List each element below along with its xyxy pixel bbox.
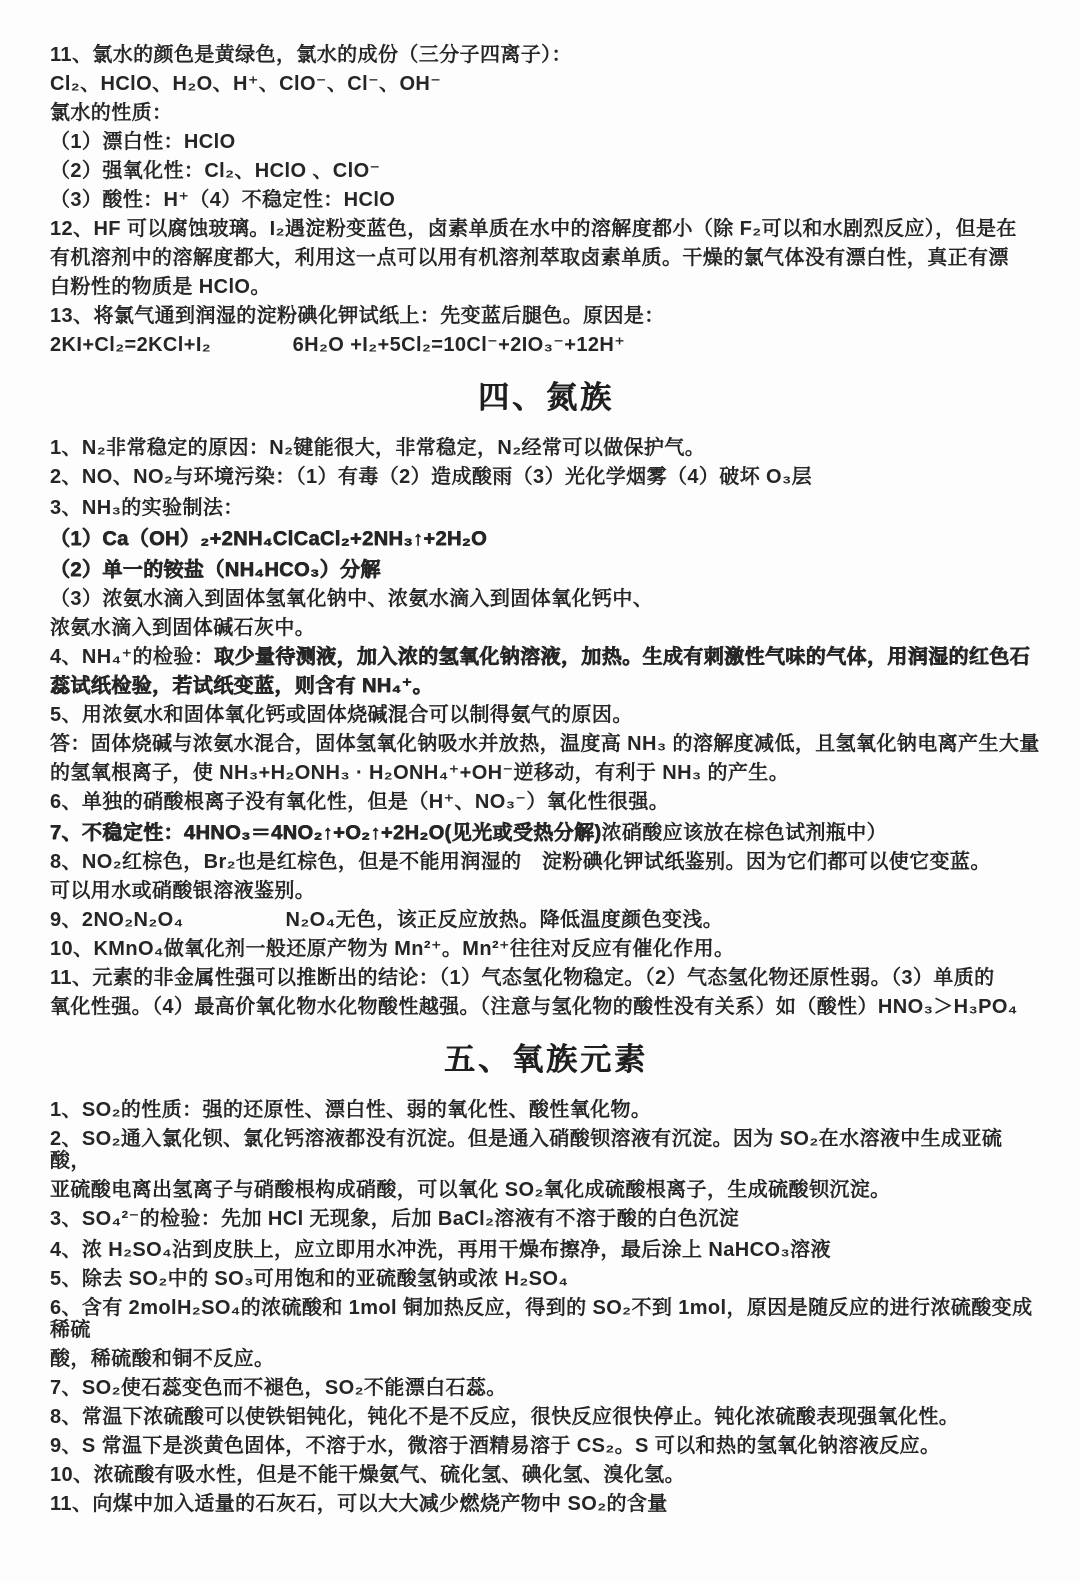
body-text: 2KI+Cl₂=2KCl+I₂ 6H₂O +I₂+5Cl₂=10Cl⁻+2IO₃…	[50, 334, 625, 356]
text-line: （3）浓氨水滴入到固体氢氧化钠中、浓氨水滴入到固体氧化钙中、	[50, 588, 1042, 610]
emphasized-text: 取少量待测液，加入浓的氢氧化钠溶液，加热。生成有刺激性气味的气体，用润湿的红色石	[214, 646, 1030, 668]
text-line: 白粉性的物质是 HClO。	[50, 276, 1042, 298]
text-line: 4、NH₄⁺的检验：取少量待测液，加入浓的氢氧化钠溶液，加热。生成有刺激性气味的…	[50, 646, 1042, 668]
body-text: 可以用水或硝酸银溶液鉴别。	[50, 880, 315, 902]
text-line: 氯水的性质：	[50, 102, 1042, 124]
body-text: 2、NO、NO₂与环境污染：（1）有毒（2）造成酸雨（3）光化学烟雾（4）破坏 …	[50, 466, 812, 488]
text-line: 亚硫酸电离出氢离子与硝酸根构成硝酸，可以氧化 SO₂氧化成硫酸根离子，生成硫酸钡…	[50, 1179, 1042, 1201]
body-text: 9、2NO₂N₂O₄ N₂O₄无色，该正反应放热。降低温度颜色变浅。	[50, 909, 723, 931]
body-text: 11、向煤中加入适量的石灰石，可以大大减少燃烧产物中 SO₂的含量	[50, 1493, 668, 1515]
text-line: 3、SO₄²⁻的检验：先加 HCl 无现象，后加 BaCl₂溶液有不溶于酸的白色…	[50, 1208, 1042, 1230]
text-line: 答：固体烧碱与浓氨水混合，固体氢氧化钠吸水并放热，温度高 NH₃ 的溶解度减低，…	[50, 733, 1042, 755]
text-line: （2）强氧化性：Cl₂、HClO 、ClO⁻	[50, 160, 1042, 182]
text-line: 7、SO₂使石蕊变色而不褪色，SO₂不能漂白石蕊。	[50, 1377, 1042, 1399]
text-line: 5、除去 SO₂中的 SO₃可用饱和的亚硫酸氢钠或浓 H₂SO₄	[50, 1268, 1042, 1290]
body-text: 5、用浓氨水和固体氧化钙或固体烧碱混合可以制得氨气的原因。	[50, 704, 633, 726]
body-text: 1、SO₂的性质：强的还原性、漂白性、弱的氧化性、酸性氧化物。	[50, 1099, 651, 1121]
body-text: 6、含有 2molH₂SO₄的浓硫酸和 1mol 铜加热反应，得到的 SO₂不到…	[50, 1297, 1033, 1341]
body-text: （2）强氧化性：Cl₂、HClO 、ClO⁻	[50, 160, 380, 182]
body-text: 亚硫酸电离出氢离子与硝酸根构成硝酸，可以氧化 SO₂氧化成硫酸根离子，生成硫酸钡…	[50, 1179, 891, 1201]
body-text: 9、S 常温下是淡黄色固体，不溶于水，微溶于酒精易溶于 CS₂。S 可以和热的氢…	[50, 1435, 940, 1457]
text-line: 可以用水或硝酸银溶液鉴别。	[50, 880, 1042, 902]
text-line: 2、NO、NO₂与环境污染：（1）有毒（2）造成酸雨（3）光化学烟雾（4）破坏 …	[50, 466, 1042, 488]
body-text: 浓氨水滴入到固体碱石灰中。	[50, 617, 315, 639]
text-line: （3）酸性：H⁺（4）不稳定性：HClO	[50, 189, 1042, 211]
body-text: （3）酸性：H⁺（4）不稳定性：HClO	[50, 189, 395, 211]
text-line: 5、用浓氨水和固体氧化钙或固体烧碱混合可以制得氨气的原因。	[50, 704, 1042, 726]
body-text: 8、常温下浓硫酸可以使铁铝钝化，钝化不是不反应，很快反应很快停止。钝化浓硫酸表现…	[50, 1406, 959, 1428]
text-line: 12、HF 可以腐蚀玻璃。I₂遇淀粉变蓝色，卤素单质在水中的溶解度都小（除 F₂…	[50, 218, 1042, 240]
text-line: 蕊试纸检验，若试纸变蓝，则含有 NH₄⁺。	[50, 675, 1042, 697]
text-line: 13、将氯气通到润湿的淀粉碘化钾试纸上：先变蓝后腿色。原因是：	[50, 305, 1042, 327]
body-text: 2、SO₂通入氯化钡、氯化钙溶液都没有沉淀。但是通入硝酸钡溶液有沉淀。因为 SO…	[50, 1128, 1002, 1172]
text-line: 的氢氧根离子，使 NH₃+H₂ONH₃ · H₂ONH₄⁺+OH⁻逆移动，有利于…	[50, 762, 1042, 784]
body-text: （1）漂白性：HClO	[50, 131, 236, 153]
body-text: 3、NH₃的实验制法：	[50, 497, 244, 519]
text-line: 8、常温下浓硫酸可以使铁铝钝化，钝化不是不反应，很快反应很快停止。钝化浓硫酸表现…	[50, 1406, 1042, 1428]
body-text: 3、SO₄²⁻的检验：先加 HCl 无现象，后加 BaCl₂溶液有不溶于酸的白色…	[50, 1208, 739, 1230]
body-text: 有机溶剂中的溶解度都大，利用这一点可以用有机溶剂萃取卤素单质。干燥的氯气体没有漂…	[50, 247, 1009, 269]
text-line: 11、向煤中加入适量的石灰石，可以大大减少燃烧产物中 SO₂的含量	[50, 1493, 1042, 1515]
body-text: 1、N₂非常稳定的原因：N₂键能很大，非常稳定，N₂经常可以做保护气。	[50, 437, 705, 459]
text-line: 酸，稀硫酸和铜不反应。	[50, 1348, 1042, 1370]
text-line: 10、KMnO₄做氧化剂一般还原产物为 Mn²⁺。Mn²⁺往往对反应有催化作用。	[50, 938, 1042, 960]
text-line: 有机溶剂中的溶解度都大，利用这一点可以用有机溶剂萃取卤素单质。干燥的氯气体没有漂…	[50, 247, 1042, 269]
text-line: 9、S 常温下是淡黄色固体，不溶于水，微溶于酒精易溶于 CS₂。S 可以和热的氢…	[50, 1435, 1042, 1457]
body-text: 11、元素的非金属性强可以推断出的结论：（1）气态氢化物稳定。（2）气态氢化物还…	[50, 967, 995, 989]
body-text: （3）浓氨水滴入到固体氢氧化钠中、浓氨水滴入到固体氧化钙中、	[50, 588, 653, 610]
text-line: 浓氨水滴入到固体碱石灰中。	[50, 617, 1042, 639]
text-line: 11、氯水的颜色是黄绿色，氯水的成份（三分子四离子）：	[50, 44, 1042, 66]
text-line: 1、SO₂的性质：强的还原性、漂白性、弱的氧化性、酸性氧化物。	[50, 1099, 1042, 1121]
body-text: 10、KMnO₄做氧化剂一般还原产物为 Mn²⁺。Mn²⁺往往对反应有催化作用。	[50, 938, 734, 960]
text-line: （1）漂白性：HClO	[50, 131, 1042, 153]
text-line: 4、浓 H₂SO₄沾到皮肤上，应立即用水冲洗，再用干燥布擦净，最后涂上 NaHC…	[50, 1239, 1042, 1261]
body-text: 13、将氯气通到润湿的淀粉碘化钾试纸上：先变蓝后腿色。原因是：	[50, 305, 665, 327]
body-text: 酸，稀硫酸和铜不反应。	[50, 1348, 274, 1370]
emphasized-text: 蕊试纸检验，若试纸变蓝，则含有 NH₄⁺。	[50, 675, 433, 697]
body-text: 氯水的性质：	[50, 102, 172, 124]
text-line: 2、SO₂通入氯化钡、氯化钙溶液都没有沉淀。但是通入硝酸钡溶液有沉淀。因为 SO…	[50, 1128, 1042, 1172]
text-line: 氧化性强。（4）最高价氧化物水化物酸性越强。（注意与氢化物的酸性没有关系）如（酸…	[50, 996, 1042, 1018]
text-line: 10、浓硫酸有吸水性，但是不能干燥氨气、硫化氢、碘化氢、溴化氢。	[50, 1464, 1042, 1486]
body-text: 浓硝酸应该放在棕色试剂瓶中）	[601, 822, 887, 844]
body-text: 的氢氧根离子，使 NH₃+H₂ONH₃ · H₂ONH₄⁺+OH⁻逆移动，有利于…	[50, 762, 789, 784]
body-text: 6、单独的硝酸根离子没有氧化性，但是（H⁺、NO₃⁻）氧化性很强。	[50, 791, 669, 813]
text-line: 11、元素的非金属性强可以推断出的结论：（1）气态氢化物稳定。（2）气态氢化物还…	[50, 967, 1042, 989]
body-text: 4、NH₄⁺的检验：	[50, 646, 214, 668]
body-text: 12、HF 可以腐蚀玻璃。I₂遇淀粉变蓝色，卤素单质在水中的溶解度都小（除 F₂…	[50, 218, 1017, 240]
body-text: 10、浓硫酸有吸水性，但是不能干燥氨气、硫化氢、碘化氢、溴化氢。	[50, 1464, 685, 1486]
emphasized-text: （2）单一的铵盐（NH₄HCO₃）分解	[50, 559, 381, 581]
text-line: 1、N₂非常稳定的原因：N₂键能很大，非常稳定，N₂经常可以做保护气。	[50, 437, 1042, 459]
text-line: 6、单独的硝酸根离子没有氧化性，但是（H⁺、NO₃⁻）氧化性很强。	[50, 791, 1042, 813]
text-line: 8、NO₂红棕色，Br₂也是红棕色，但是不能用润湿的 淀粉碘化钾试纸鉴别。因为它…	[50, 851, 1042, 873]
text-line: 9、2NO₂N₂O₄ N₂O₄无色，该正反应放热。降低温度颜色变浅。	[50, 909, 1042, 931]
emphasized-text: 7、不稳定性：4HNO₃＝4NO₂↑+O₂↑+2H₂O(见光或受热分解)	[50, 822, 601, 844]
text-line: 3、NH₃的实验制法：	[50, 497, 1042, 519]
body-text: 11、氯水的颜色是黄绿色，氯水的成份（三分子四离子）：	[50, 44, 572, 66]
section-heading: 五、氧族元素	[50, 1034, 1042, 1079]
text-line: 7、不稳定性：4HNO₃＝4NO₂↑+O₂↑+2H₂O(见光或受热分解)浓硝酸应…	[50, 822, 1042, 844]
body-text: 4、浓 H₂SO₄沾到皮肤上，应立即用水冲洗，再用干燥布擦净，最后涂上 NaHC…	[50, 1239, 831, 1261]
text-line: 2KI+Cl₂=2KCl+I₂ 6H₂O +I₂+5Cl₂=10Cl⁻+2IO₃…	[50, 334, 1042, 356]
text-line: （2）单一的铵盐（NH₄HCO₃）分解	[50, 559, 1042, 581]
body-text: 氧化性强。（4）最高价氧化物水化物酸性越强。（注意与氢化物的酸性没有关系）如（酸…	[50, 996, 1018, 1018]
body-text: 5、除去 SO₂中的 SO₃可用饱和的亚硫酸氢钠或浓 H₂SO₄	[50, 1268, 568, 1290]
section-heading: 四、氮族	[50, 372, 1042, 417]
emphasized-text: （1）Ca（OH）₂+2NH₄ClCaCl₂+2NH₃↑+2H₂O	[50, 528, 487, 550]
document-body: 11、氯水的颜色是黄绿色，氯水的成份（三分子四离子）：Cl₂、HClO、H₂O、…	[50, 44, 1042, 1515]
body-text: Cl₂、HClO、H₂O、H⁺、ClO⁻、Cl⁻、OH⁻	[50, 73, 441, 95]
text-line: Cl₂、HClO、H₂O、H⁺、ClO⁻、Cl⁻、OH⁻	[50, 73, 1042, 95]
body-text: 白粉性的物质是 HClO。	[50, 276, 271, 298]
text-line: 6、含有 2molH₂SO₄的浓硫酸和 1mol 铜加热反应，得到的 SO₂不到…	[50, 1297, 1042, 1341]
body-text: 8、NO₂红棕色，Br₂也是红棕色，但是不能用润湿的 淀粉碘化钾试纸鉴别。因为它…	[50, 851, 991, 873]
text-line: （1）Ca（OH）₂+2NH₄ClCaCl₂+2NH₃↑+2H₂O	[50, 528, 1042, 550]
document-page: 11、氯水的颜色是黄绿色，氯水的成份（三分子四离子）：Cl₂、HClO、H₂O、…	[0, 0, 1080, 1582]
body-text: 答：固体烧碱与浓氨水混合，固体氢氧化钠吸水并放热，温度高 NH₃ 的溶解度减低，…	[50, 733, 1040, 755]
body-text: 7、SO₂使石蕊变色而不褪色，SO₂不能漂白石蕊。	[50, 1377, 507, 1399]
